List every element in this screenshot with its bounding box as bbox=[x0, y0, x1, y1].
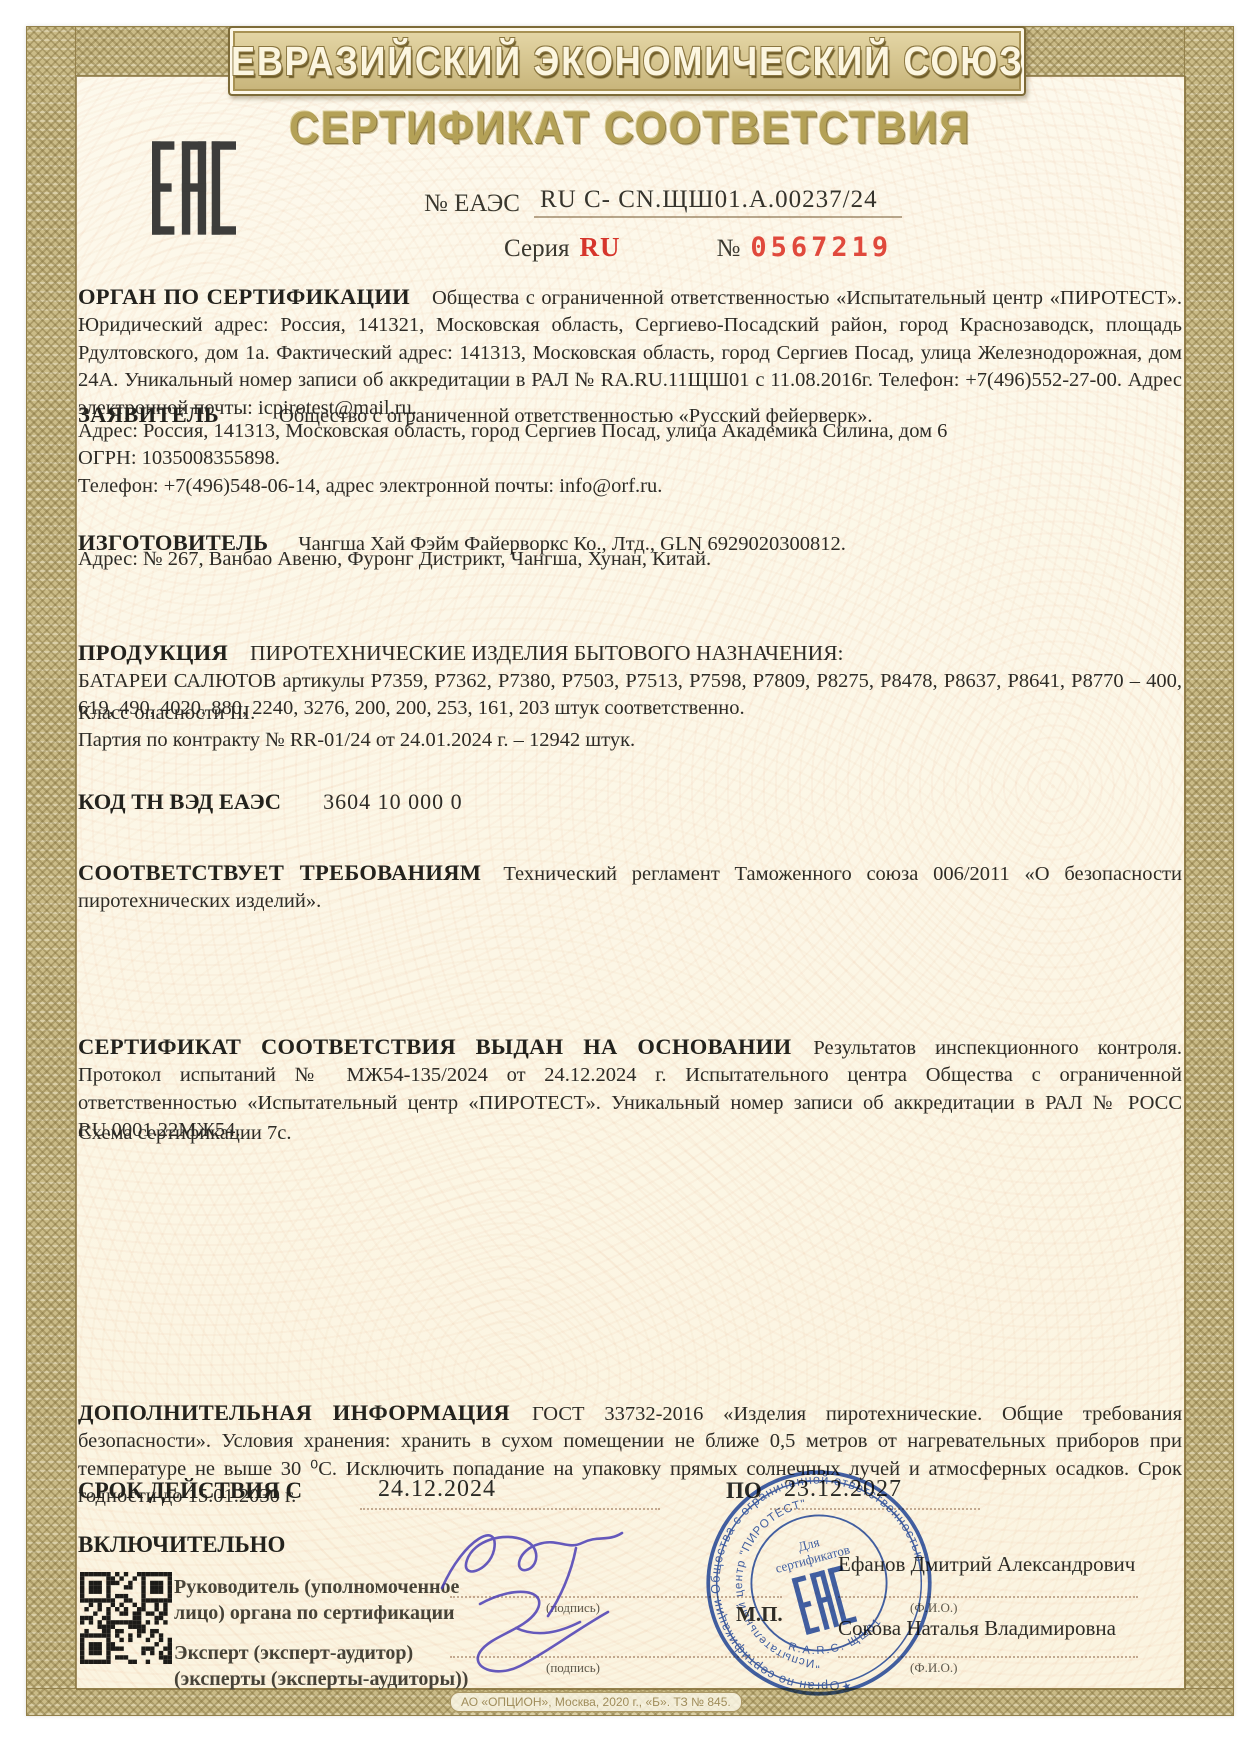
series-label: Серия bbox=[504, 235, 569, 263]
validity-from-date: 24.12.2024 bbox=[378, 1476, 496, 1503]
section-products-label: ПРОДУКЦИЯ bbox=[78, 640, 250, 665]
certificate-number-row: № ЕАЭС RU C- CN.ЩШ01.А.00237/24 bbox=[424, 186, 902, 218]
basis-label: СЕРТИФИКАТ СООТВЕТСТВИЯ ВЫДАН НА ОСНОВАН… bbox=[78, 1034, 813, 1059]
basis-scheme: Схема сертификации 7с. bbox=[78, 1122, 291, 1145]
series-value: RU bbox=[579, 232, 620, 263]
section-tnved: КОД ТН ВЭД ЕАЭС 3604 10 000 0 bbox=[78, 789, 463, 815]
compliance-label: СООТВЕТСТВУЕТ ТРЕБОВАНИЯМ bbox=[78, 860, 503, 885]
applicant-phone: Телефон: +7(496)548-06-14, адрес электро… bbox=[78, 475, 662, 498]
stamp-star: ★ bbox=[840, 1680, 853, 1694]
products-hazard-class: Класс опасности III. bbox=[78, 702, 255, 725]
applicant-address: Адрес: Россия, 141313, Московская област… bbox=[78, 420, 947, 443]
blank-number-label: № bbox=[716, 235, 740, 263]
series-row: Серия RU № 0567219 bbox=[504, 232, 892, 263]
certificate-number-label: № ЕАЭС bbox=[424, 190, 520, 218]
stamp-outer-ring-text: Орган по сертификации Общества с огранич… bbox=[684, 1448, 955, 1719]
manufacturer-address: Адрес: № 267, Ванбао Авеню, Фуронг Дистр… bbox=[78, 548, 711, 571]
union-name: ЕВРАЗИЙСКИЙ ЭКОНОМИЧЕСКИЙ СОЮЗ bbox=[231, 38, 1024, 85]
certificate-page: ЕВРАЗИЙСКИЙ ЭКОНОМИЧЕСКИЙ СОЮЗ СЕРТИФИКА… bbox=[0, 0, 1242, 1755]
validity-inclusive: ВКЛЮЧИТЕЛЬНО bbox=[78, 1532, 285, 1558]
stamp-eac-mark-icon bbox=[792, 1565, 858, 1635]
validity-label: СРОК ДЕЙСТВИЯ С bbox=[78, 1478, 302, 1504]
qr-code bbox=[80, 1572, 172, 1664]
border-band-right bbox=[1184, 26, 1234, 1716]
union-name-banner: ЕВРАЗИЙСКИЙ ЭКОНОМИЧЕСКИЙ СОЮЗ bbox=[228, 26, 1026, 96]
expert-signature-ink bbox=[446, 1582, 656, 1702]
section-authority-label: ОРГАН ПО СЕРТИФИКАЦИИ bbox=[78, 284, 432, 309]
document-title: СЕРТИФИКАТ СООТВЕТСТВИЯ bbox=[74, 102, 1185, 154]
border-band-left bbox=[26, 26, 76, 1716]
section-compliance: СООТВЕТСТВУЕТ ТРЕБОВАНИЯМТехнический рег… bbox=[78, 859, 1182, 916]
applicant-ogrn: ОГРН: 1035008355898. bbox=[78, 447, 280, 470]
tnved-label: КОД ТН ВЭД ЕАЭС bbox=[78, 789, 281, 815]
products-batch: Партия по контракту № RR-01/24 от 24.01.… bbox=[78, 729, 635, 752]
products-heading: ПИРОТЕХНИЧЕСКИЕ ИЗДЕЛИЯ БЫТОВОГО НАЗНАЧЕ… bbox=[250, 641, 843, 665]
section-products: ПРОДУКЦИЯПИРОТЕХНИЧЕСКИЕ ИЗДЕЛИЯ БЫТОВОГ… bbox=[78, 639, 1182, 669]
scanned-sheet: ЕВРАЗИЙСКИЙ ЭКОНОМИЧЕСКИЙ СОЮЗ СЕРТИФИКА… bbox=[26, 26, 1234, 1716]
additional-label: ДОПОЛНИТЕЛЬНАЯ ИНФОРМАЦИЯ bbox=[78, 1400, 532, 1425]
blank-number-value: 0567219 bbox=[750, 232, 892, 263]
expert-role-label: Эксперт (эксперт-аудитор) (эксперты (экс… bbox=[174, 1640, 490, 1692]
certificate-number-value: RU C- CN.ЩШ01.А.00237/24 bbox=[534, 186, 902, 218]
tnved-value: 3604 10 000 0 bbox=[323, 789, 463, 815]
mp-mark: М.П. bbox=[736, 1602, 783, 1627]
eac-mark-icon bbox=[152, 140, 236, 236]
